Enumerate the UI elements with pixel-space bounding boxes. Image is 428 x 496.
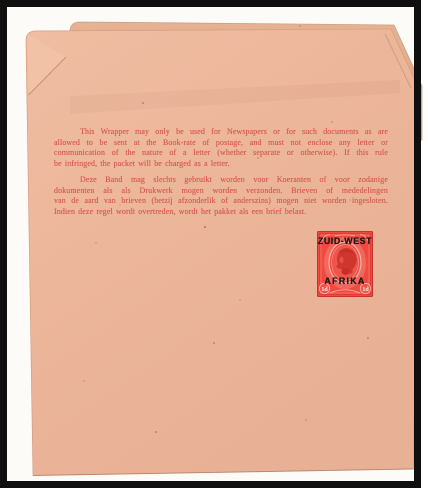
postage-stamp: 1d 1d ZUID-WEST AFRIKA: [317, 231, 373, 297]
notice-line: allowed to be sent at the Book-rate of p…: [54, 138, 388, 149]
notice-line: van de aard van brieven (hetzij afzonder…: [54, 196, 388, 207]
overprint-zuid-west: ZUID-WEST: [310, 236, 380, 247]
denomination-right: 1d: [362, 287, 369, 293]
english-usage-notice: This Wrapper may only be used for Newspa…: [54, 127, 388, 169]
notice-line: Deze Band mag slechts gebruikt worden vo…: [54, 175, 388, 186]
notice-line: Indien deze regel wordt overtreden, word…: [54, 207, 388, 218]
denomination-left: 1d: [321, 287, 328, 293]
scanned-wrapper-photo: This Wrapper may only be used for Newspa…: [0, 0, 428, 496]
notice-line: This Wrapper may only be used for Newspa…: [54, 127, 388, 138]
overprint-afrika: AFRIKA: [310, 276, 380, 287]
notice-line: dokumenten als als Drukwerk mogen worden…: [54, 186, 388, 197]
notice-line: be infringed, the packet will be charged…: [54, 159, 388, 170]
notice-line: communication of the nature of a letter …: [54, 148, 388, 159]
dutch-usage-notice: Deze Band mag slechts gebruikt worden vo…: [54, 175, 388, 217]
